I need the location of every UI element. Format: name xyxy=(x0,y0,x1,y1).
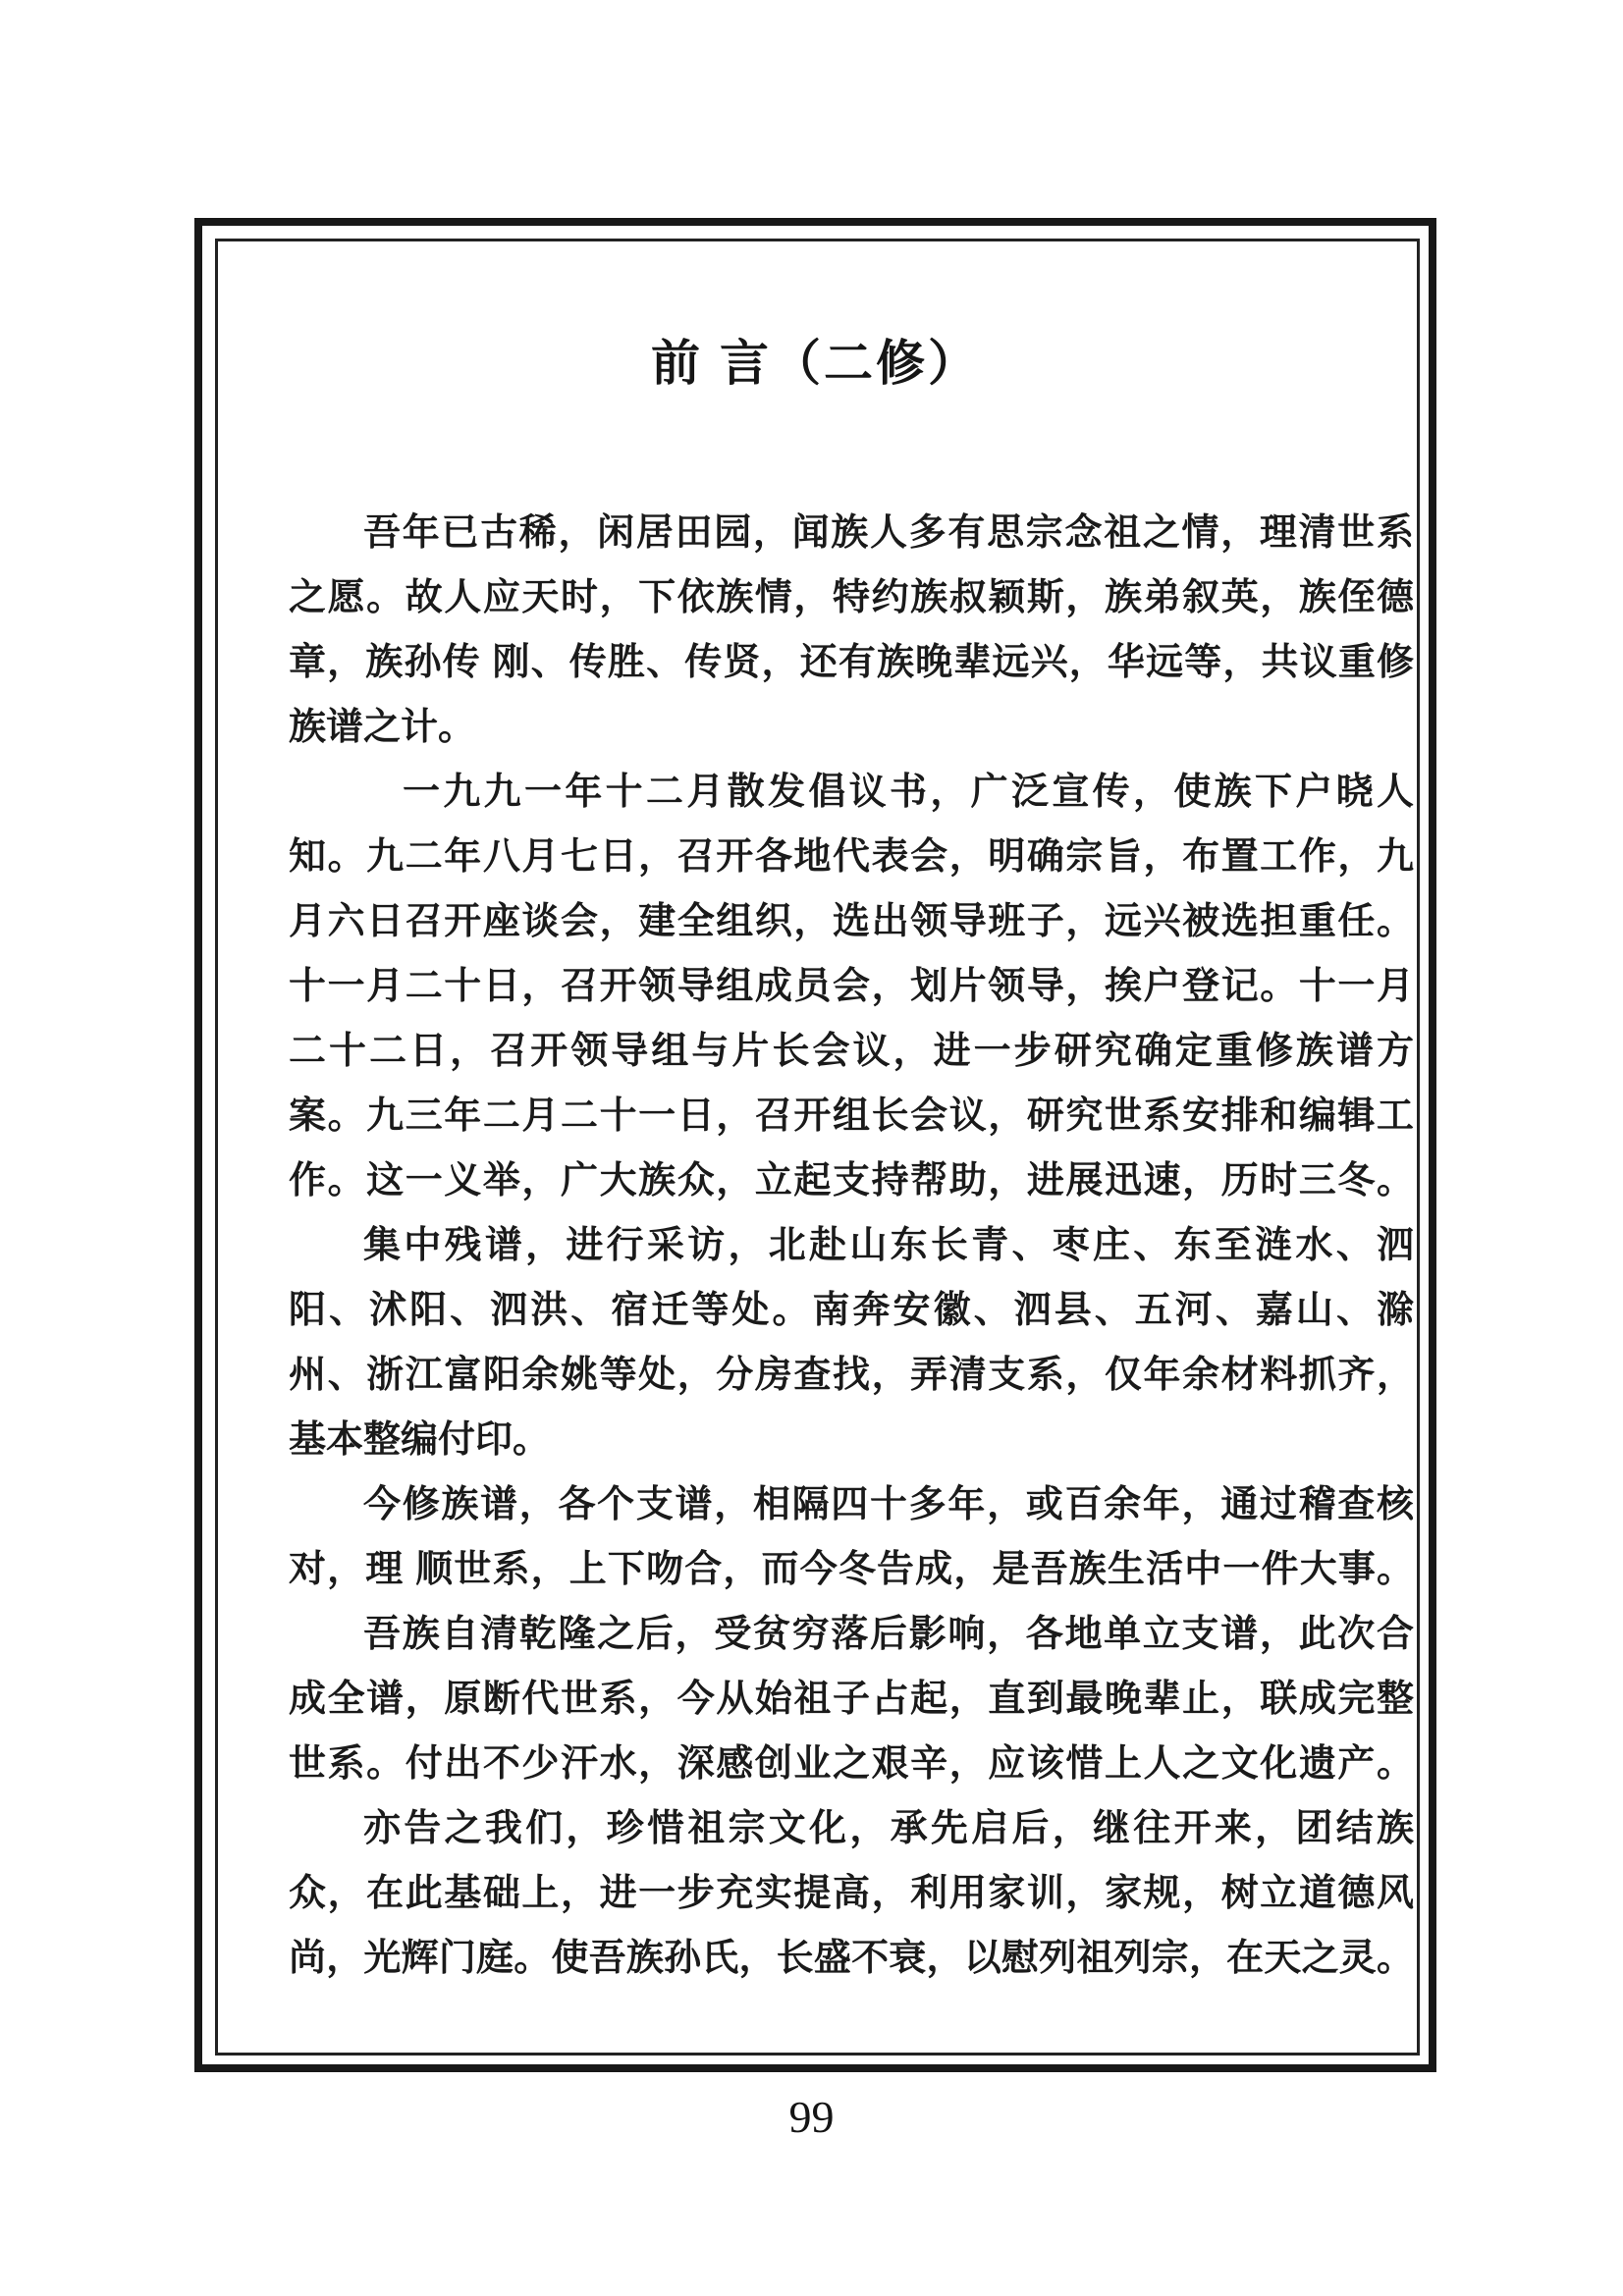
text-line: 成全谱，原断代世系，今从始祖子占起，直到最晚辈止，联成完整 xyxy=(289,1667,1414,1732)
page-title: 前 言（二修） xyxy=(194,336,1436,391)
text-line: 章，族孙传 刚、传胜、传贤，还有族晚辈远兴，华远等，共议重修 xyxy=(289,630,1414,695)
text-line: 吾年已古稀，闲居田园，闻族人多有思宗念祖之情，理清世系 xyxy=(289,501,1414,565)
text-line: 之愿。故人应天时，下依族情，特约族叔颖斯，族弟叙英，族侄德 xyxy=(289,565,1414,630)
page-number: 99 xyxy=(0,2095,1623,2140)
text-line: 二十二日，召开领导组与片长会议，进一步研究确定重修族谱方 xyxy=(289,1019,1414,1084)
text-line: 族谱之计。 xyxy=(289,695,1414,760)
text-line: 阳、沭阳、泗洪、宿迁等处。南奔安徽、泗县、五河、嘉山、滁 xyxy=(289,1278,1414,1343)
text-line: 十一月二十日，召开领导组成员会，划片领导，挨户登记。十一月 xyxy=(289,954,1414,1019)
text-line: 知。九二年八月七日，召开各地代表会，明确宗旨，布置工作，九 xyxy=(289,825,1414,889)
text-line: 今修族谱，各个支谱，相隔四十多年，或百余年，通过稽查核 xyxy=(289,1472,1414,1537)
text-line: 集中残谱，进行采访，北赴山东长青、枣庄、东至涟水、泗 xyxy=(289,1213,1414,1278)
text-line: 一九九一年十二月散发倡议书，广泛宣传，使族下户晓人 xyxy=(289,760,1414,825)
scanned-document-page: 前 言（二修） 吾年已古稀，闲居田园，闻族人多有思宗念祖之情，理清世系 之愿。故… xyxy=(0,0,1623,2296)
text-line: 对，理 顺世系，上下吻合，而今冬告成，是吾族生活中一件大事。 xyxy=(289,1537,1414,1602)
text-line: 基本整编付印。 xyxy=(289,1408,1414,1472)
text-line: 吾族自清乾隆之后，受贫穷落后影响，各地单立支谱，此次合 xyxy=(289,1602,1414,1667)
text-line: 州、浙江富阳余姚等处，分房查找，弄清支系，仅年余材料抓齐， xyxy=(289,1343,1414,1408)
text-line: 月六日召开座谈会，建全组织，选出领导班子，远兴被选担重任。 xyxy=(289,889,1414,954)
text-line: 世系。付出不少汗水，深感创业之艰辛，应该惜上人之文化遗产。 xyxy=(289,1732,1414,1796)
body-text: 吾年已古稀，闲居田园，闻族人多有思宗念祖之情，理清世系 之愿。故人应天时，下依族… xyxy=(289,501,1414,1991)
text-line: 案。九三年二月二十一日，召开组长会议，研究世系安排和编辑工 xyxy=(289,1084,1414,1148)
text-line: 尚，光辉门庭。使吾族孙氏，长盛不衰，以慰列祖列宗，在天之灵。 xyxy=(289,1926,1414,1991)
text-line: 作。这一义举，广大族众，立起支持帮助，进展迅速，历时三冬。 xyxy=(289,1148,1414,1213)
text-line: 众，在此基础上，进一步充实提高，利用家训，家规，树立道德风 xyxy=(289,1861,1414,1926)
text-line: 亦告之我们，珍惜祖宗文化，承先启后，继往开来，团结族 xyxy=(289,1796,1414,1861)
